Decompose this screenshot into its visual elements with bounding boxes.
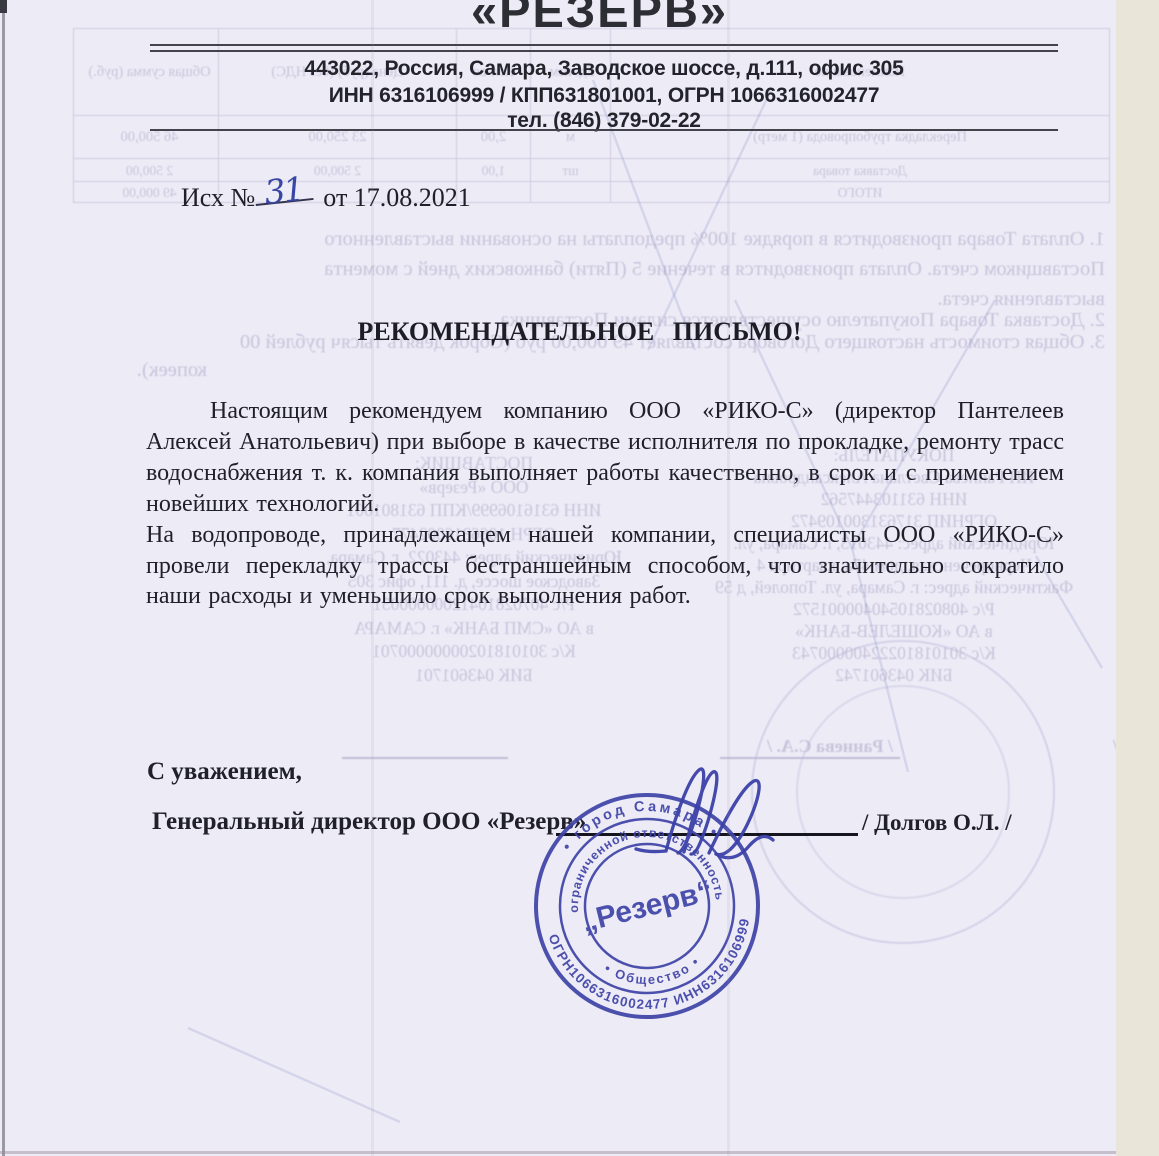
stamp-center-name: „Резерв“ [578,874,716,938]
reference-date: от 17.08.2021 [323,183,471,212]
body-paragraph-1: Настоящим рекомендуем компанию ООО «РИКО… [146,396,1064,520]
handwritten-number: 31 [254,178,314,206]
letterhead-inn-ogrn: ИНН 6316106999 / КПП631801001, ОГРН 1066… [150,84,1058,108]
scanned-letter-page: Наименование Ед. изм. Кол-во Цена (руб) … [0,0,1159,1156]
reference-prefix: Исх № [181,183,255,212]
letterhead-rule-top2 [150,50,1058,52]
letterhead-rule-top [150,44,1058,46]
body-paragraph-2: На водопроводе, принадлежащем нашей комп… [146,520,1064,613]
signatory-title: Генеральный директор ООО «Резерв» [152,808,586,836]
letter-heading: РЕКОМЕНДАТЕЛЬНОЕ ПИСЬМО! [0,317,1159,347]
paper-fold-line [727,0,730,1156]
salutation: С уважением, [147,758,302,786]
signatory-name: / Долгов О.Л. / [862,810,1012,836]
company-title: «РЕЗЕРВ» [40,0,1159,38]
scanner-margin [1116,0,1159,1156]
scan-edge-bottom [0,1151,1116,1154]
scan-edge-left [2,0,5,1156]
scan-corner-artifact [0,0,7,13]
stamp-society-text: • Общество • [601,952,705,991]
paper-fold-line [371,0,374,1156]
director-signature [598,733,818,868]
letter-body: Настоящим рекомендуем компанию ООО «РИКО… [146,396,1064,612]
letterhead-rule-bottom [150,129,1058,131]
outgoing-reference-line: Исх №31от 17.08.2021 [181,183,471,213]
letterhead-address: 443022, Россия, Самара, Заводское шоссе,… [150,57,1058,81]
